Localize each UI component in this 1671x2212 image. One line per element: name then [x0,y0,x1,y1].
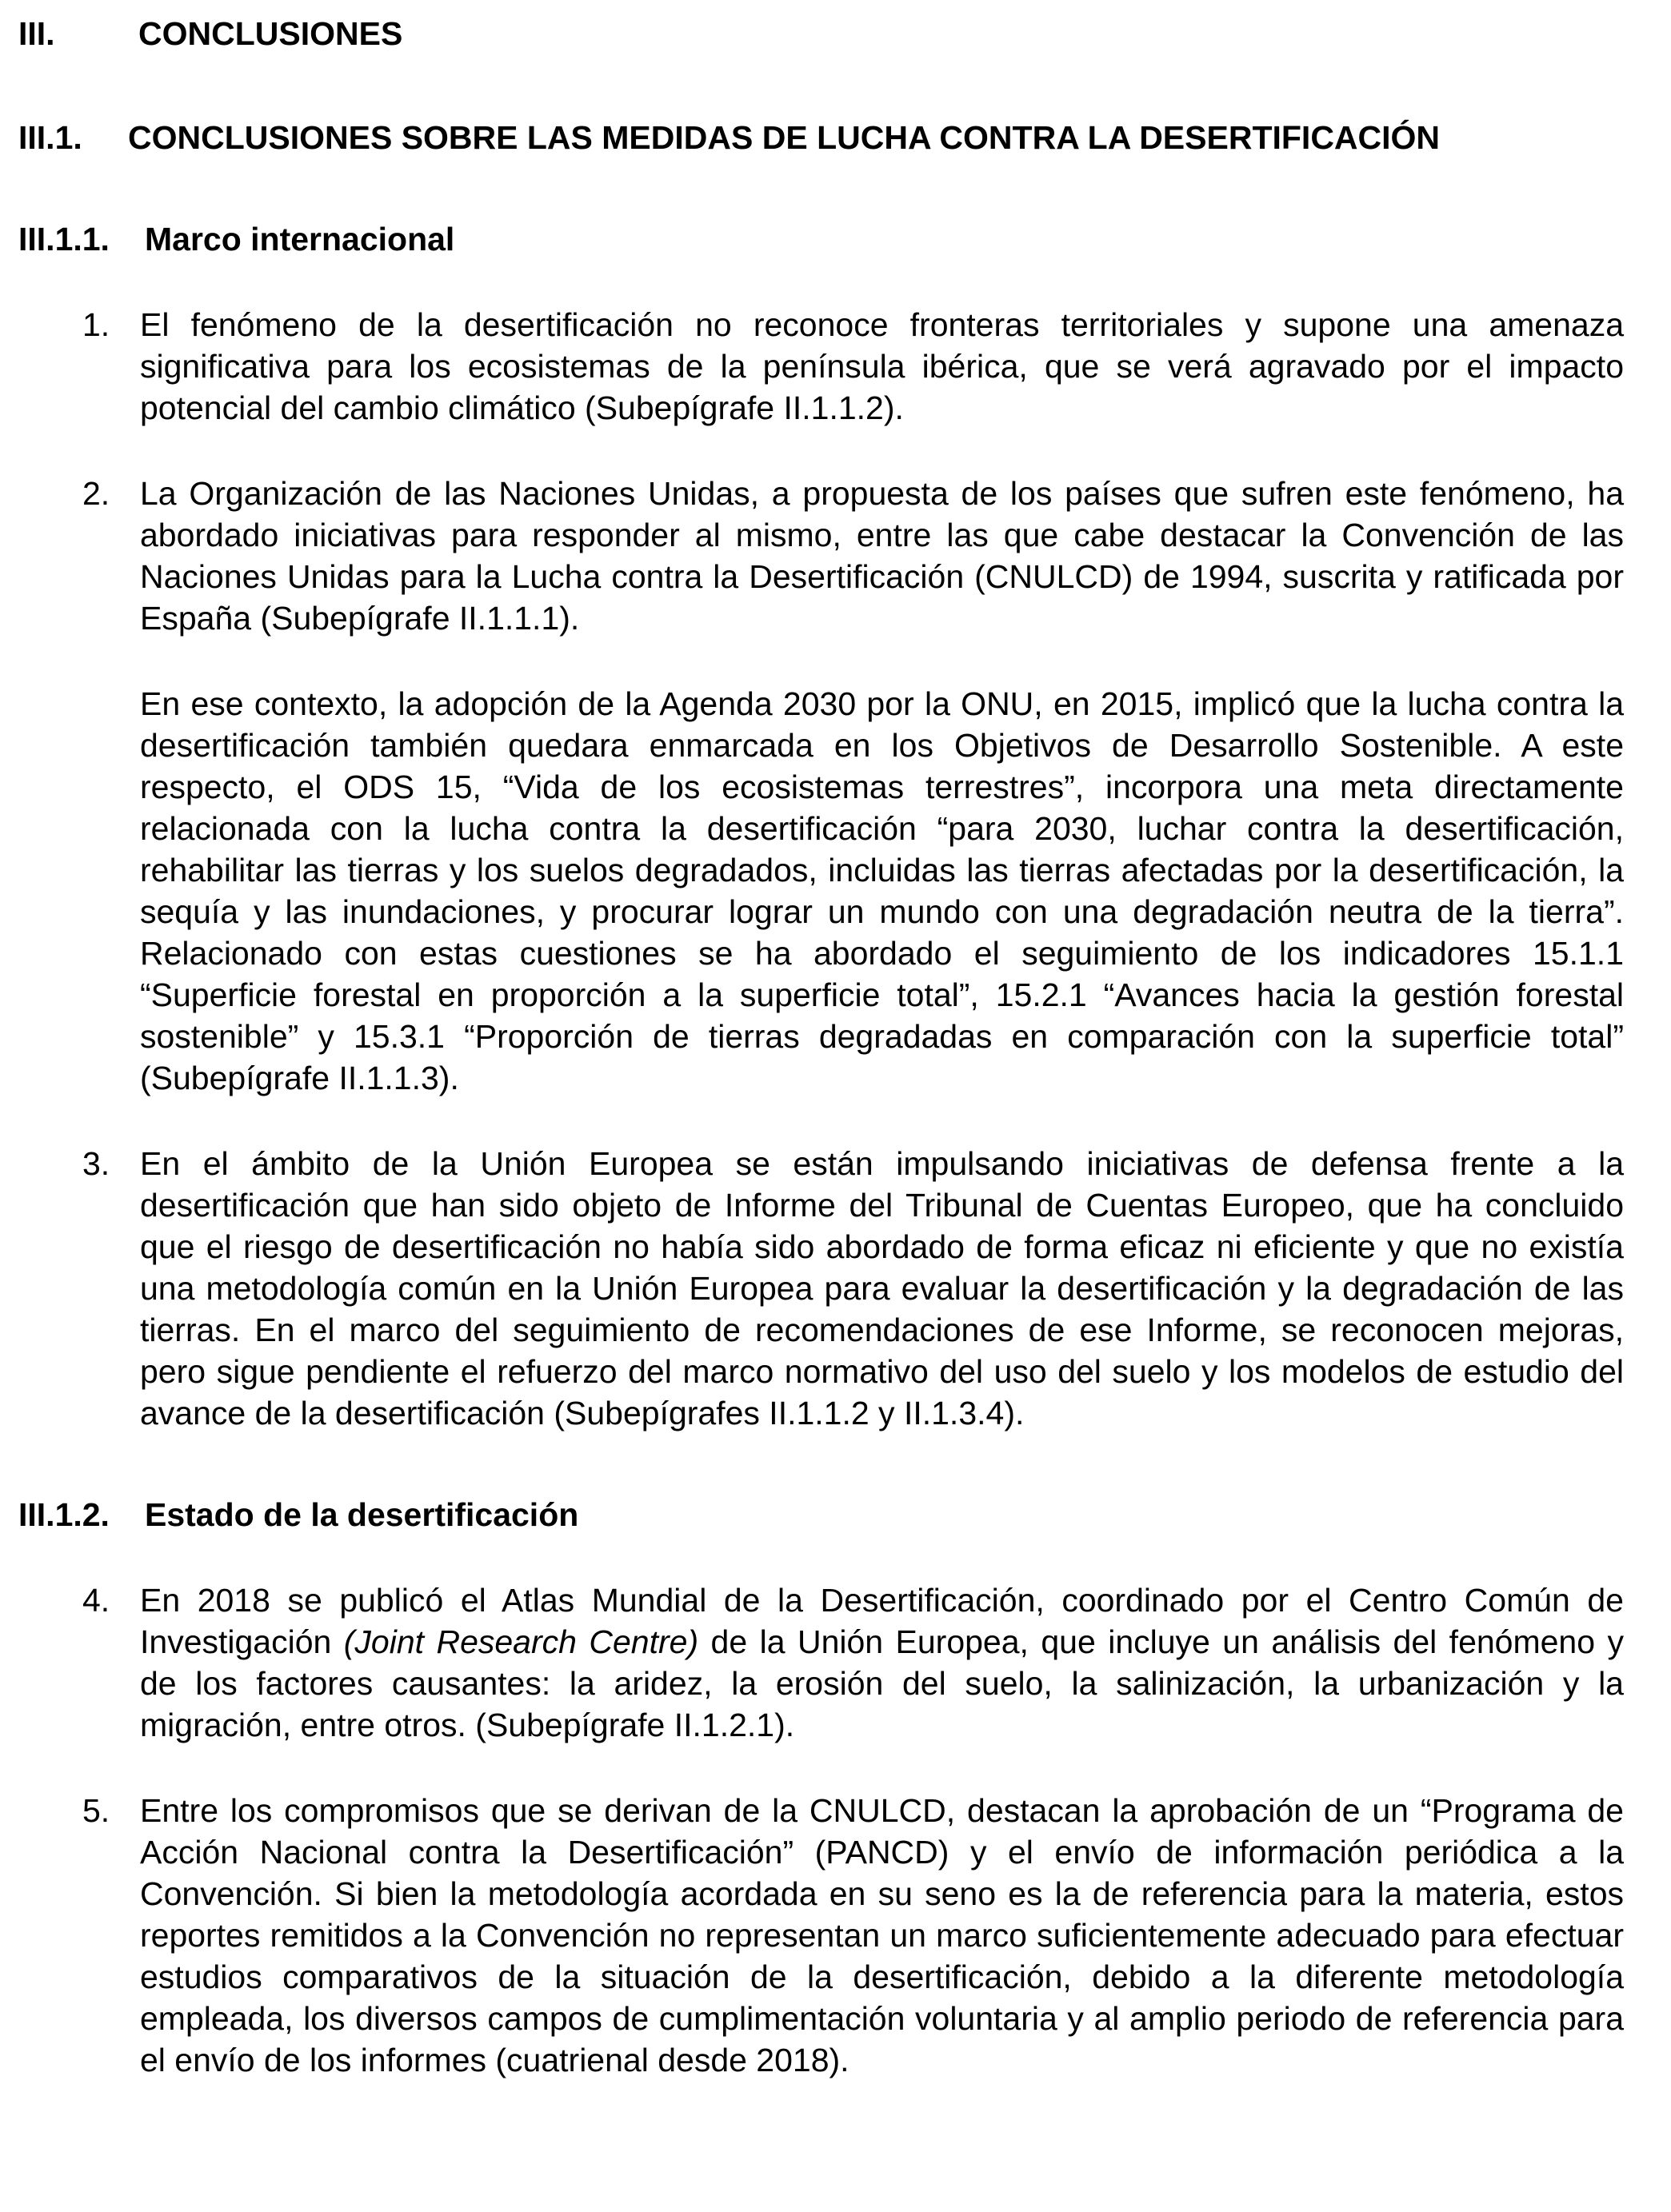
list-item-1: 1.El fenómeno de la desertificación no r… [140,304,1624,429]
list-item-number: 4. [82,1579,110,1621]
heading-estado-desertificacion: III.1.2. Estado de la desertificación [18,1494,1624,1535]
heading-marco-internacional: III.1.1. Marco internacional [18,218,1624,260]
heading-text: Marco internacional [145,218,454,260]
list-item-text: Entre los compromisos que se derivan de … [140,1792,1624,2078]
heading-conclusiones-medidas: III.1. CONCLUSIONES SOBRE LAS MEDIDAS DE… [18,117,1624,158]
list-item-number: 3. [82,1143,110,1184]
list-item-3: 3.En el ámbito de la Unión Europea se es… [140,1143,1624,1434]
heading-text: CONCLUSIONES SOBRE LAS MEDIDAS DE LUCHA … [128,117,1440,158]
list-item-4: 4.En 2018 se publicó el Atlas Mundial de… [140,1579,1624,1746]
heading-number: III.1. [18,117,128,158]
heading-text: Estado de la desertificación [145,1494,578,1535]
list-item-5: 5.Entre los compromisos que se derivan d… [140,1790,1624,2081]
heading-text: CONCLUSIONES [138,13,402,54]
list-item-2: 2.La Organización de las Naciones Unidas… [140,473,1624,639]
list-item-text: El fenómeno de la desertificación no rec… [140,306,1624,426]
list-item-text-italic: (Joint Research Centre) [344,1623,698,1660]
list-item-number: 5. [82,1790,110,1831]
document-page: III. CONCLUSIONES III.1. CONCLUSIONES SO… [0,0,1671,2212]
paragraph-agenda-2030: En ese contexto, la adopción de la Agend… [140,683,1624,1099]
list-item-text: En el ámbito de la Unión Europea se está… [140,1145,1624,1431]
list-item-number: 2. [82,473,110,514]
list-item-number: 1. [82,304,110,345]
paragraph-text: En ese contexto, la adopción de la Agend… [140,685,1624,1096]
heading-number: III.1.1. [18,218,145,260]
heading-conclusiones: III. CONCLUSIONES [18,13,1624,54]
heading-number: III. [18,13,138,54]
heading-number: III.1.2. [18,1494,145,1535]
list-item-text: La Organización de las Naciones Unidas, … [140,475,1624,637]
